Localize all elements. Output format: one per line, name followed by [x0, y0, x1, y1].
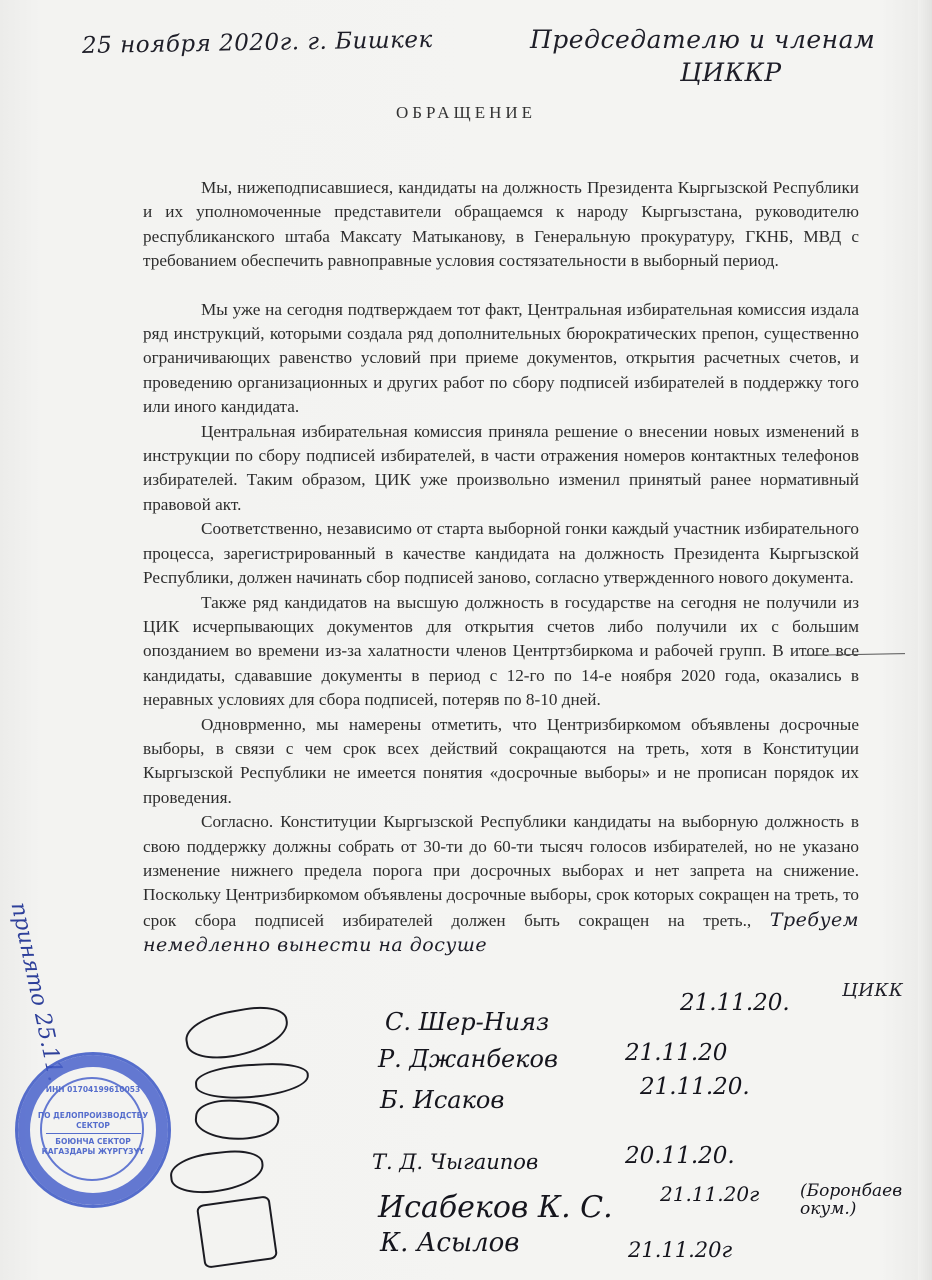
paragraph-7: Согласно. Конституции Кыргызской Республ…: [143, 810, 859, 958]
page-edge-shadow: [918, 0, 932, 1280]
paragraph-6: Одноврменно, мы намерены отметить, что Ц…: [143, 713, 859, 811]
signer-name-2: Р. Джанбеков: [378, 1045, 558, 1073]
stamp-inner-line2: БОЮНЧА СЕКТОР: [18, 1137, 168, 1146]
paragraph-4: Соответственно, независимо от старта выб…: [143, 517, 859, 590]
signer-date-1: 21.11.20.: [680, 990, 790, 1016]
signer-name-1: С. Шер-Нияз: [385, 1008, 549, 1036]
signer-name-3: Б. Исаков: [380, 1086, 504, 1114]
signer-name-5: Исабеков К. С.: [378, 1190, 613, 1225]
official-stamp: ИНН 01704199610053 ПО ДЕЛОПРОИЗВОДСТВУ С…: [15, 1052, 171, 1208]
paragraph-2: Мы уже на сегодня подтверждаем тот факт,…: [143, 298, 859, 420]
signer-date-5: 21.11.20г: [660, 1182, 759, 1206]
handwritten-addendum-end: ЦИКК: [842, 980, 903, 1001]
stamp-inn: ИНН 01704199610053: [18, 1085, 168, 1094]
signer-note-5: (Боронбаев окум.): [800, 1182, 910, 1218]
signer-name-6: К. Асылов: [380, 1228, 519, 1258]
signer-date-2: 21.11.20: [625, 1040, 727, 1066]
stamp-inner-line4: ПО ДЕЛОПРОИЗВОДСТВУ: [18, 1111, 168, 1120]
signer-date-3: 21.11.20.: [640, 1074, 750, 1100]
signature-scribble-5: [196, 1195, 278, 1269]
signer-date-6: 21.11.20г: [628, 1238, 732, 1262]
document-body: Мы, нижеподписавшиеся, кандидаты на долж…: [143, 176, 859, 959]
handwritten-addressee-line2: ЦИККР: [680, 58, 782, 87]
signer-name-4: Т. Д. Чыгаипов: [372, 1150, 538, 1174]
signer-date-4: 20.11.20.: [625, 1143, 735, 1169]
stamp-inner-line3: СЕКТОР: [18, 1121, 168, 1130]
handwritten-addressee-line1: Председателю и членам: [530, 25, 875, 54]
paragraph-1: Мы, нижеподписавшиеся, кандидаты на долж…: [143, 176, 859, 274]
paragraph-7-text: Согласно. Конституции Кыргызской Республ…: [143, 812, 859, 930]
paragraph-5: Также ряд кандидатов на высшую должность…: [143, 591, 859, 713]
stamp-divider: [46, 1133, 141, 1134]
stamp-inner-line1: КАГАЗДАРЫ ЖҮРГҮЗҮҮ: [18, 1147, 168, 1156]
document-title: ОБРАЩЕНИЕ: [0, 103, 932, 123]
paragraph-3: Центральная избирательная комиссия приня…: [143, 420, 859, 518]
